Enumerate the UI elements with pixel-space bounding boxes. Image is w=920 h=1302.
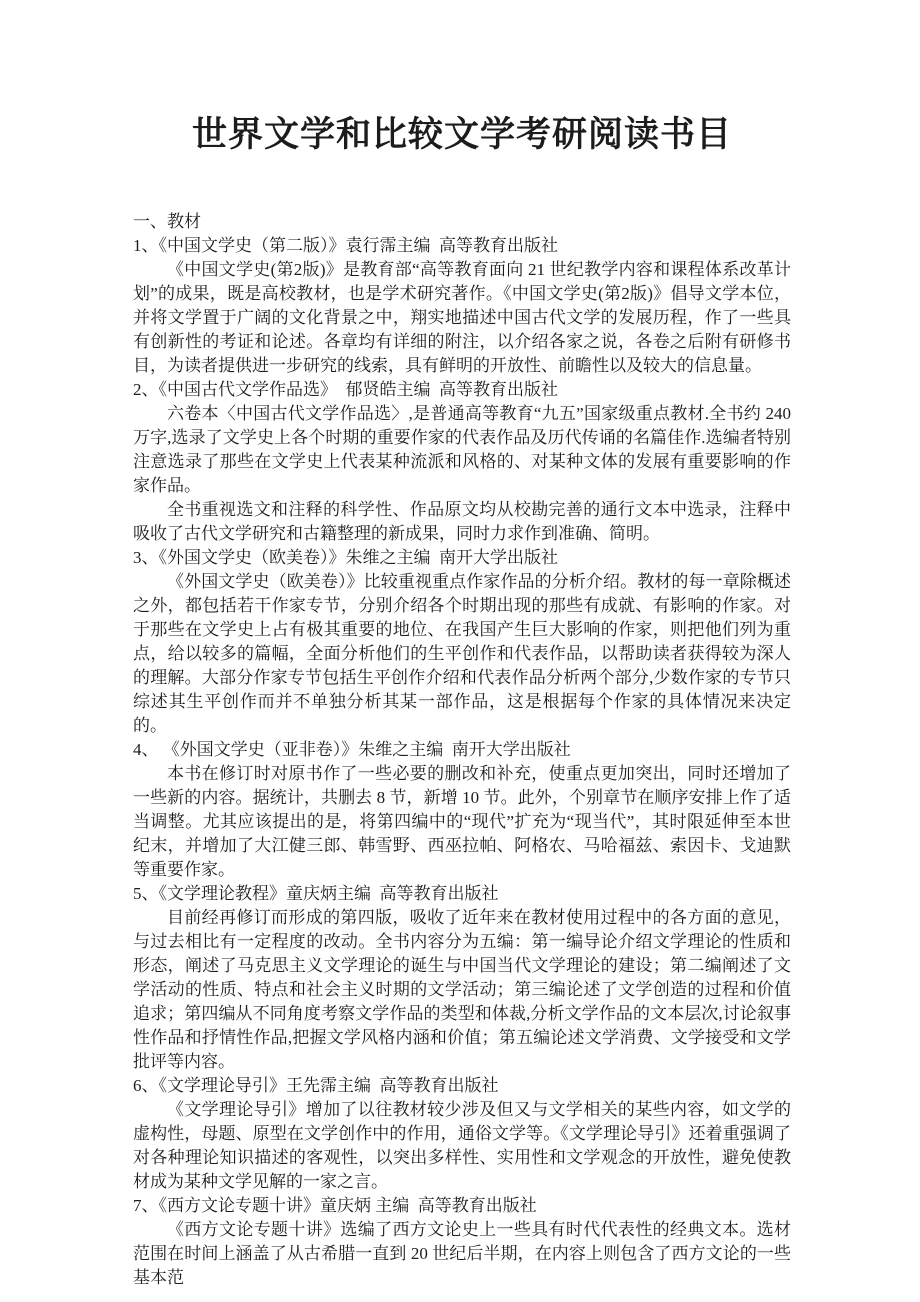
book-heading: 1、《中国文学史（第二版）》袁行霈主编 高等教育出版社 [133,234,791,258]
book-description: 《中国文学史(第2版)》是教育部“高等教育面向 21 世纪教学内容和课程体系改革… [133,258,791,378]
book-item-3: 3、《外国文学史（欧美卷）》朱维之主编 南开大学出版社 《外国文学史（欧美卷）》… [133,546,791,738]
book-description: 六卷本〈中国古代文学作品选〉,是普通高等教育“九五”国家级重点教材.全书约 24… [133,402,791,498]
book-heading: 3、《外国文学史（欧美卷）》朱维之主编 南开大学出版社 [133,546,791,570]
book-description: 《西方文论专题十讲》选编了西方文论史上一些具有时代代表性的经典文本。选材范围在时… [133,1218,791,1290]
book-item-5: 5、《文学理论教程》童庆炳主编 高等教育出版社 目前经再修订而形成的第四版，吸收… [133,882,791,1074]
document-title: 世界文学和比较文学考研阅读书目 [133,0,791,158]
book-description: 《文学理论导引》增加了以往教材较少涉及但又与文学相关的某些内容，如文学的虚构性，… [133,1098,791,1194]
book-heading: 7、《西方文论专题十讲》童庆炳 主编 高等教育出版社 [133,1194,791,1218]
book-description: 全书重视选文和注释的科学性、作品原文均从校勘完善的通行文本中选录，注释中吸收了古… [133,498,791,546]
book-description: 《外国文学史（欧美卷）》比较重视重点作家作品的分析介绍。教材的每一章除概述之外，… [133,570,791,738]
book-description: 目前经再修订而形成的第四版，吸收了近年来在教材使用过程中的各方面的意见，与过去相… [133,906,791,1074]
book-heading: 4、 《外国文学史（亚非卷）》朱维之主编 南开大学出版社 [133,738,791,762]
section-heading: 一、教材 [133,210,791,234]
book-item-6: 6、《文学理论导引》王先霈主编 高等教育出版社 《文学理论导引》增加了以往教材较… [133,1074,791,1194]
book-heading: 6、《文学理论导引》王先霈主编 高等教育出版社 [133,1074,791,1098]
document-page: 世界文学和比较文学考研阅读书目 一、教材 1、《中国文学史（第二版）》袁行霈主编… [0,0,920,1302]
book-item-7: 7、《西方文论专题十讲》童庆炳 主编 高等教育出版社 《西方文论专题十讲》选编了… [133,1194,791,1290]
document-body: 一、教材 1、《中国文学史（第二版）》袁行霈主编 高等教育出版社 《中国文学史(… [133,210,791,1290]
book-description: 本书在修订时对原书作了一些必要的删改和补充，使重点更加突出，同时还增加了一些新的… [133,762,791,882]
book-heading: 2、《中国古代文学作品选》 郁贤皓主编 高等教育出版社 [133,378,791,402]
book-heading: 5、《文学理论教程》童庆炳主编 高等教育出版社 [133,882,791,906]
book-item-4: 4、 《外国文学史（亚非卷）》朱维之主编 南开大学出版社 本书在修订时对原书作了… [133,738,791,882]
book-item-1: 1、《中国文学史（第二版）》袁行霈主编 高等教育出版社 《中国文学史(第2版)》… [133,234,791,378]
book-item-2: 2、《中国古代文学作品选》 郁贤皓主编 高等教育出版社 六卷本〈中国古代文学作品… [133,378,791,546]
